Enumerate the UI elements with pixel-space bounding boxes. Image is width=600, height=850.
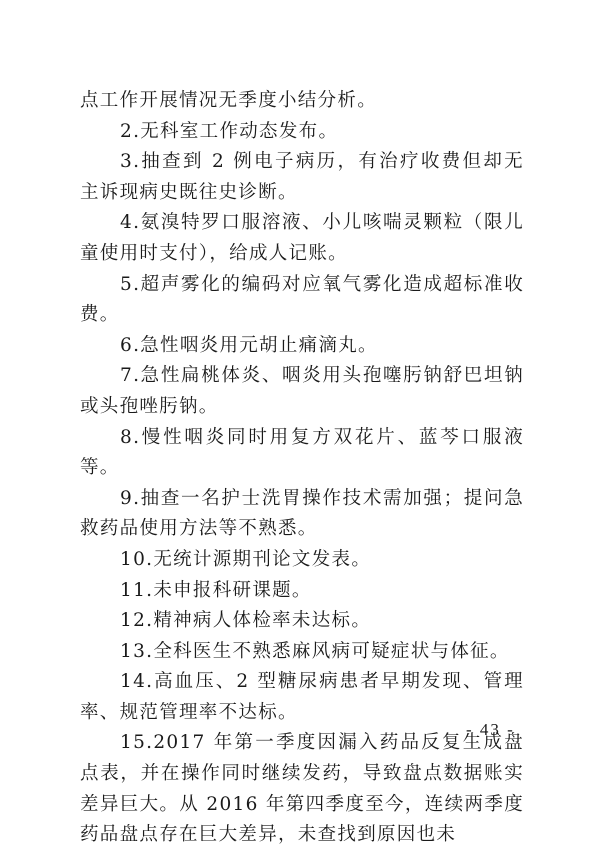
- document-body: 点工作开展情况无季度小结分析。 2.无科室工作动态发布。 3.抽查到 2 例电子…: [80, 86, 524, 850]
- paragraph-item-13: 13.全科医生不熟悉麻风病可疑症状与体征。: [80, 637, 524, 668]
- paragraph-item-3: 3.抽查到 2 例电子病历，有治疗收费但却无主诉现病史既往史诊断。: [80, 147, 524, 208]
- paragraph-item-6: 6.急性咽炎用元胡止痛滴丸。: [80, 331, 524, 362]
- paragraph-item-14: 14.高血压、2 型糖尿病患者早期发现、管理率、规范管理率不达标。: [80, 667, 524, 728]
- paragraph-item-10: 10.无统计源期刊论文发表。: [80, 545, 524, 576]
- paragraph-item-9: 9.抽查一名护士洗胃操作技术需加强；提问急救药品使用方法等不熟悉。: [80, 484, 524, 545]
- document-page: 点工作开展情况无季度小结分析。 2.无科室工作动态发布。 3.抽查到 2 例电子…: [0, 0, 600, 850]
- paragraph-item-4: 4.氨溴特罗口服溶液、小儿咳喘灵颗粒（限儿童使用时支付），给成人记账。: [80, 208, 524, 269]
- paragraph-item-7: 7.急性扁桃体炎、咽炎用头孢噻肟钠舒巴坦钠或头孢唑肟钠。: [80, 361, 524, 422]
- paragraph-item-5: 5.超声雾化的编码对应氧气雾化造成超标准收费。: [80, 270, 524, 331]
- paragraph-item-12: 12.精神病人体检率未达标。: [80, 606, 524, 637]
- paragraph-continuation: 点工作开展情况无季度小结分析。: [80, 86, 524, 117]
- page-number: - 43 -: [466, 720, 515, 740]
- paragraph-item-2: 2.无科室工作动态发布。: [80, 117, 524, 148]
- paragraph-item-8: 8.慢性咽炎同时用复方双花片、蓝芩口服液等。: [80, 423, 524, 484]
- paragraph-item-15: 15.2017 年第一季度因漏入药品反复生成盘点表，并在操作同时继续发药，导致盘…: [80, 728, 524, 850]
- paragraph-item-11: 11.未申报科研课题。: [80, 576, 524, 607]
